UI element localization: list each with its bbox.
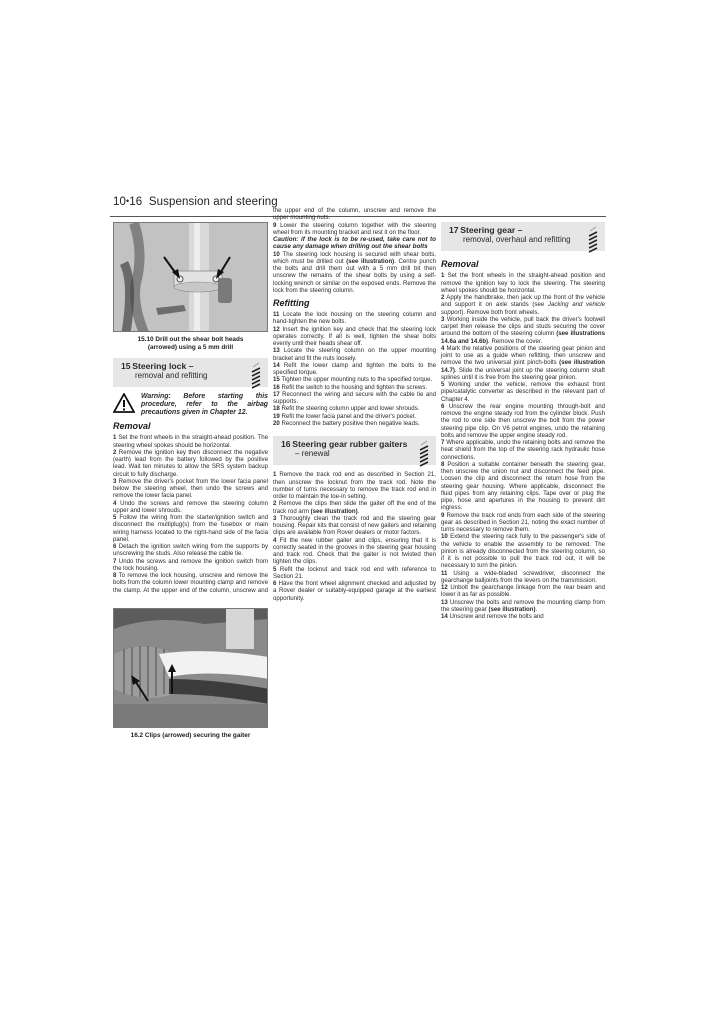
step-paragraph: 12 Unbolt the gearchange linkage from th… bbox=[441, 584, 605, 599]
step-text: Reconnect the battery positive then nega… bbox=[281, 420, 419, 427]
step-text: Have the front wheel alignment checked a… bbox=[273, 580, 436, 602]
step-number: 5 bbox=[273, 566, 276, 573]
step-number: 8 bbox=[113, 572, 116, 579]
step-paragraph: 6 Detach the ignition switch wiring from… bbox=[113, 543, 268, 558]
subheading-removal: Removal bbox=[113, 421, 268, 432]
step-paragraph: 13 Unscrew the bolts and remove the moun… bbox=[441, 599, 605, 614]
illustration-reference: (see illustration) bbox=[346, 258, 394, 265]
step-paragraph: 12 Insert the ignition key and check tha… bbox=[273, 326, 436, 348]
figure-caption-15-10: 15.10 Drill out the shear bolt heads (ar… bbox=[113, 336, 268, 352]
step-continuation: the upper end of the column, unscrew and… bbox=[273, 207, 436, 221]
step-paragraph: the upper end of the column, unscrew and… bbox=[273, 207, 436, 222]
section-heading-16: 16 Steering gear rubber gaiters – renewa… bbox=[273, 436, 436, 465]
step-text: Remove the driver's pocket from the lowe… bbox=[113, 478, 268, 500]
warning-text: Warning: Before starting this procedure,… bbox=[141, 393, 268, 418]
step-number: 14 bbox=[441, 613, 448, 620]
step-number: 11 bbox=[441, 570, 447, 577]
section-title: Steering lock – bbox=[132, 361, 193, 371]
step-number: 10 bbox=[273, 251, 280, 258]
step-text: Undo the screws and remove the steering … bbox=[113, 500, 268, 514]
step-text: Where applicable, undo the retaining bol… bbox=[441, 439, 605, 461]
section-subtitle: – renewal bbox=[281, 449, 414, 459]
step-text: Lower the steering column together with … bbox=[273, 222, 436, 236]
step-paragraph: 6 Unscrew the rear engine mounting throu… bbox=[441, 403, 605, 439]
step-paragraph: 4 Undo the screws and remove the steerin… bbox=[113, 500, 268, 515]
step-paragraph: 8 Position a suitable container beneath … bbox=[441, 461, 605, 512]
step-paragraph: 19 Refit the lower facia panel and the d… bbox=[273, 413, 436, 420]
step-paragraph: 2 Remove the clips then slide the gaiter… bbox=[273, 500, 436, 515]
step-paragraph: 9 Lower the steering column together wit… bbox=[273, 222, 436, 237]
step-number: 9 bbox=[441, 512, 444, 519]
step-paragraph: 4 Mark the relative positions of the ste… bbox=[441, 345, 605, 381]
step-text: . Slide the universal joint up the steer… bbox=[441, 367, 605, 381]
step-text: Remove the track rod ends from each side… bbox=[441, 512, 605, 534]
step-paragraph: 9 Remove the track rod ends from each si… bbox=[441, 512, 605, 534]
step-paragraph: 1 Remove the track rod end as described … bbox=[273, 471, 436, 500]
step-text: Working under the vehicle, remove the ex… bbox=[441, 381, 605, 403]
step-text: Unscrew and remove the bolts and bbox=[449, 613, 543, 620]
step-paragraph: 14 Unscrew and remove the bolts and bbox=[441, 613, 605, 620]
step-number: 17 bbox=[273, 391, 280, 398]
step-text: Detach the ignition switch wiring from t… bbox=[113, 543, 268, 557]
step-paragraph: 13 Locate the steering column on the upp… bbox=[273, 347, 436, 362]
step-paragraph: 5 Refit the locknut and track rod end wi… bbox=[273, 566, 436, 581]
subheading-removal: Removal bbox=[441, 259, 605, 270]
step-number: 4 bbox=[113, 500, 116, 507]
step-text: Extend the steering rack fully to the pa… bbox=[441, 533, 605, 569]
illustration-reference: (see illustration) bbox=[488, 606, 535, 613]
step-text: Reconnect the wiring and secure with the… bbox=[273, 391, 436, 405]
subheading-refitting: Refitting bbox=[273, 298, 436, 309]
step-text: . Remove the cover. bbox=[488, 338, 542, 345]
step-number: 16 bbox=[273, 384, 280, 391]
step-paragraph: 10 Extend the steering rack fully to the… bbox=[441, 533, 605, 569]
step-number: 1 bbox=[273, 471, 276, 478]
step-text: Locate the steering column on the upper … bbox=[273, 347, 436, 361]
section-title: Steering gear – bbox=[460, 225, 522, 235]
step-text: Unbolt the gearchange linkage from the r… bbox=[441, 584, 605, 598]
step-text: Remove the track rod end as described in… bbox=[273, 471, 436, 500]
column-right: 17 Steering gear – removal, overhaul and… bbox=[441, 222, 605, 620]
step-text: Insert the ignition key and check that t… bbox=[273, 326, 436, 348]
step-number: 3 bbox=[113, 478, 116, 485]
step-number: 5 bbox=[441, 381, 444, 388]
step-number: 12 bbox=[441, 584, 448, 591]
illustration-reference: (see illustration) bbox=[311, 508, 358, 515]
step-text: Set the front wheels in the straight-ahe… bbox=[113, 434, 268, 448]
step-number: 7 bbox=[113, 558, 116, 565]
photo-16-2 bbox=[113, 608, 268, 728]
photo-15-10 bbox=[113, 222, 268, 332]
step-paragraph: 20 Reconnect the battery positive then n… bbox=[273, 420, 436, 427]
section-heading-15: 15 Steering lock – removal and refitting bbox=[113, 358, 268, 387]
section-title: Steering gear rubber gaiters bbox=[292, 439, 407, 449]
page-number: 16 bbox=[129, 196, 142, 208]
step-text: Undo the screws and remove the ignition … bbox=[113, 558, 268, 572]
step-text: Refit the lower facia panel and the driv… bbox=[281, 413, 416, 420]
spanner-difficulty-icon bbox=[249, 362, 263, 390]
step-text: Position a suitable container beneath th… bbox=[441, 461, 605, 512]
step-paragraph: 6 Have the front wheel alignment checked… bbox=[273, 580, 436, 602]
chapter-number: 10 bbox=[113, 196, 126, 208]
step-text: . bbox=[536, 606, 538, 613]
step-paragraph: 18 Refit the steering column upper and l… bbox=[273, 405, 436, 412]
section-subtitle: removal, overhaul and refitting bbox=[449, 235, 583, 245]
step-paragraph: 5 Follow the wiring from the starter/ign… bbox=[113, 514, 268, 543]
step-paragraph: 17 Reconnect the wiring and secure with … bbox=[273, 391, 436, 406]
caution-note: Caution: if the lock is to be re-used, t… bbox=[273, 236, 436, 251]
step-text: Locate the lock housing on the steering … bbox=[273, 311, 436, 325]
step-number: 11 bbox=[273, 311, 279, 318]
step-paragraph: 11 Using a wide-bladed screwdriver, disc… bbox=[441, 570, 605, 585]
step-paragraph: 14 Refit the lower clamp and tighten the… bbox=[273, 362, 436, 377]
page-header: 10•16 Suspension and steering bbox=[113, 196, 278, 208]
step-text: Using a wide-bladed screwdriver, disconn… bbox=[441, 570, 605, 584]
warning-triangle-icon bbox=[113, 393, 135, 413]
step-number: 1 bbox=[113, 434, 116, 441]
step-number: 5 bbox=[113, 514, 116, 521]
step-number: 13 bbox=[441, 599, 448, 606]
section-subtitle: removal and refitting bbox=[121, 371, 246, 381]
airbag-warning: Warning: Before starting this procedure,… bbox=[113, 393, 268, 418]
step-number: 4 bbox=[441, 345, 444, 352]
step-number: 9 bbox=[273, 222, 276, 229]
step-text: Unscrew the rear engine mounting through… bbox=[441, 403, 605, 439]
step-text: Refit the switch to the housing and tigh… bbox=[281, 384, 427, 391]
step-paragraph: 10 The steering lock housing is secured … bbox=[273, 251, 436, 295]
step-text: Set the front wheels in the straight-ahe… bbox=[441, 272, 605, 294]
step-number: 3 bbox=[273, 515, 276, 522]
step-text: Refit the lower clamp and tighten the bo… bbox=[273, 362, 436, 376]
step-text: ). Remove both front wheels. bbox=[461, 309, 539, 316]
step-text: . bbox=[358, 508, 360, 515]
step-text: Remove the ignition key then disconnect … bbox=[113, 449, 268, 478]
step-paragraph: 2 Apply the handbrake, then jack up the … bbox=[441, 294, 605, 316]
step-paragraph: 11 Locate the lock housing on the steeri… bbox=[273, 311, 436, 326]
step-number: 13 bbox=[273, 347, 280, 354]
step-text: Refit the locknut and track rod end with… bbox=[273, 566, 436, 580]
section-number: 15 bbox=[121, 361, 131, 371]
step-number: 15 bbox=[273, 376, 280, 383]
step-text: Follow the wiring from the starter/ignit… bbox=[113, 514, 268, 543]
step-number: 1 bbox=[441, 272, 444, 279]
step-number: 20 bbox=[273, 420, 280, 427]
step-number: 3 bbox=[441, 316, 444, 323]
step-paragraph: 7 Undo the screws and remove the ignitio… bbox=[113, 558, 268, 573]
step-number: 6 bbox=[113, 543, 116, 550]
caption-line: (arrowed) using a 5 mm drill bbox=[113, 344, 268, 352]
step-number: 6 bbox=[273, 580, 276, 587]
step-number: 6 bbox=[441, 403, 444, 410]
section-heading-17: 17 Steering gear – removal, overhaul and… bbox=[441, 222, 605, 251]
step-number: 12 bbox=[273, 326, 280, 333]
step-paragraph: 15 Tighten the upper mounting nuts to th… bbox=[273, 376, 436, 383]
step-number: 14 bbox=[273, 362, 280, 369]
step-text: Thoroughly clean the track rod and the s… bbox=[273, 515, 436, 537]
step-number: 10 bbox=[441, 533, 448, 540]
spanner-difficulty-icon bbox=[417, 440, 431, 468]
step-number: 2 bbox=[113, 449, 116, 456]
step-paragraph: 3 Thoroughly clean the track rod and the… bbox=[273, 515, 436, 537]
step-paragraph: 7 Where applicable, undo the retaining b… bbox=[441, 439, 605, 461]
step-paragraph: 5 Working under the vehicle, remove the … bbox=[441, 381, 605, 403]
step-paragraph: 1 Set the front wheels in the straight-a… bbox=[441, 272, 605, 294]
section-number: 17 bbox=[449, 225, 459, 235]
step-text: Refit the steering column upper and lowe… bbox=[281, 405, 419, 412]
step-paragraph: 2 Remove the ignition key then disconnec… bbox=[113, 449, 268, 478]
spanner-difficulty-icon bbox=[586, 226, 600, 254]
step-paragraph: 16 Refit the switch to the housing and t… bbox=[273, 384, 436, 391]
step-number: 2 bbox=[441, 294, 444, 301]
step-number: 18 bbox=[273, 405, 280, 412]
step-text: Fit the new rubber gaiter and clips, ens… bbox=[273, 537, 436, 566]
column-left: 15.10 Drill out the shear bolt heads (ar… bbox=[113, 222, 268, 745]
step-number: 7 bbox=[441, 439, 444, 446]
gaiter-clips-photo-icon bbox=[114, 609, 268, 728]
step-paragraph: 3 Remove the driver's pocket from the lo… bbox=[113, 478, 268, 500]
step-paragraph: 4 Fit the new rubber gaiter and clips, e… bbox=[273, 537, 436, 566]
step-paragraph: 1 Set the front wheels in the straight-a… bbox=[113, 434, 268, 449]
section-number: 16 bbox=[281, 439, 291, 449]
caption-line: 15.10 Drill out the shear bolt heads bbox=[113, 336, 268, 344]
figure-caption-16-2: 16.2 Clips (arrowed) securing the gaiter bbox=[113, 732, 268, 740]
step-number: 8 bbox=[441, 461, 444, 468]
step-number: 2 bbox=[273, 500, 276, 507]
step-text: Tighten the upper mounting nuts to the s… bbox=[281, 376, 432, 383]
step-paragraph: 3 Working inside the vehicle, pull back … bbox=[441, 316, 605, 345]
step-number: 19 bbox=[273, 413, 280, 420]
step-paragraph: 8 To remove the lock housing, unscrew an… bbox=[113, 572, 268, 594]
step-text: To remove the lock housing, unscrew and … bbox=[113, 572, 268, 594]
column-middle: the upper end of the column, unscrew and… bbox=[273, 222, 436, 602]
chapter-title: Suspension and steering bbox=[149, 196, 278, 208]
steering-column-photo-icon bbox=[114, 223, 268, 332]
step-number: 4 bbox=[273, 537, 276, 544]
